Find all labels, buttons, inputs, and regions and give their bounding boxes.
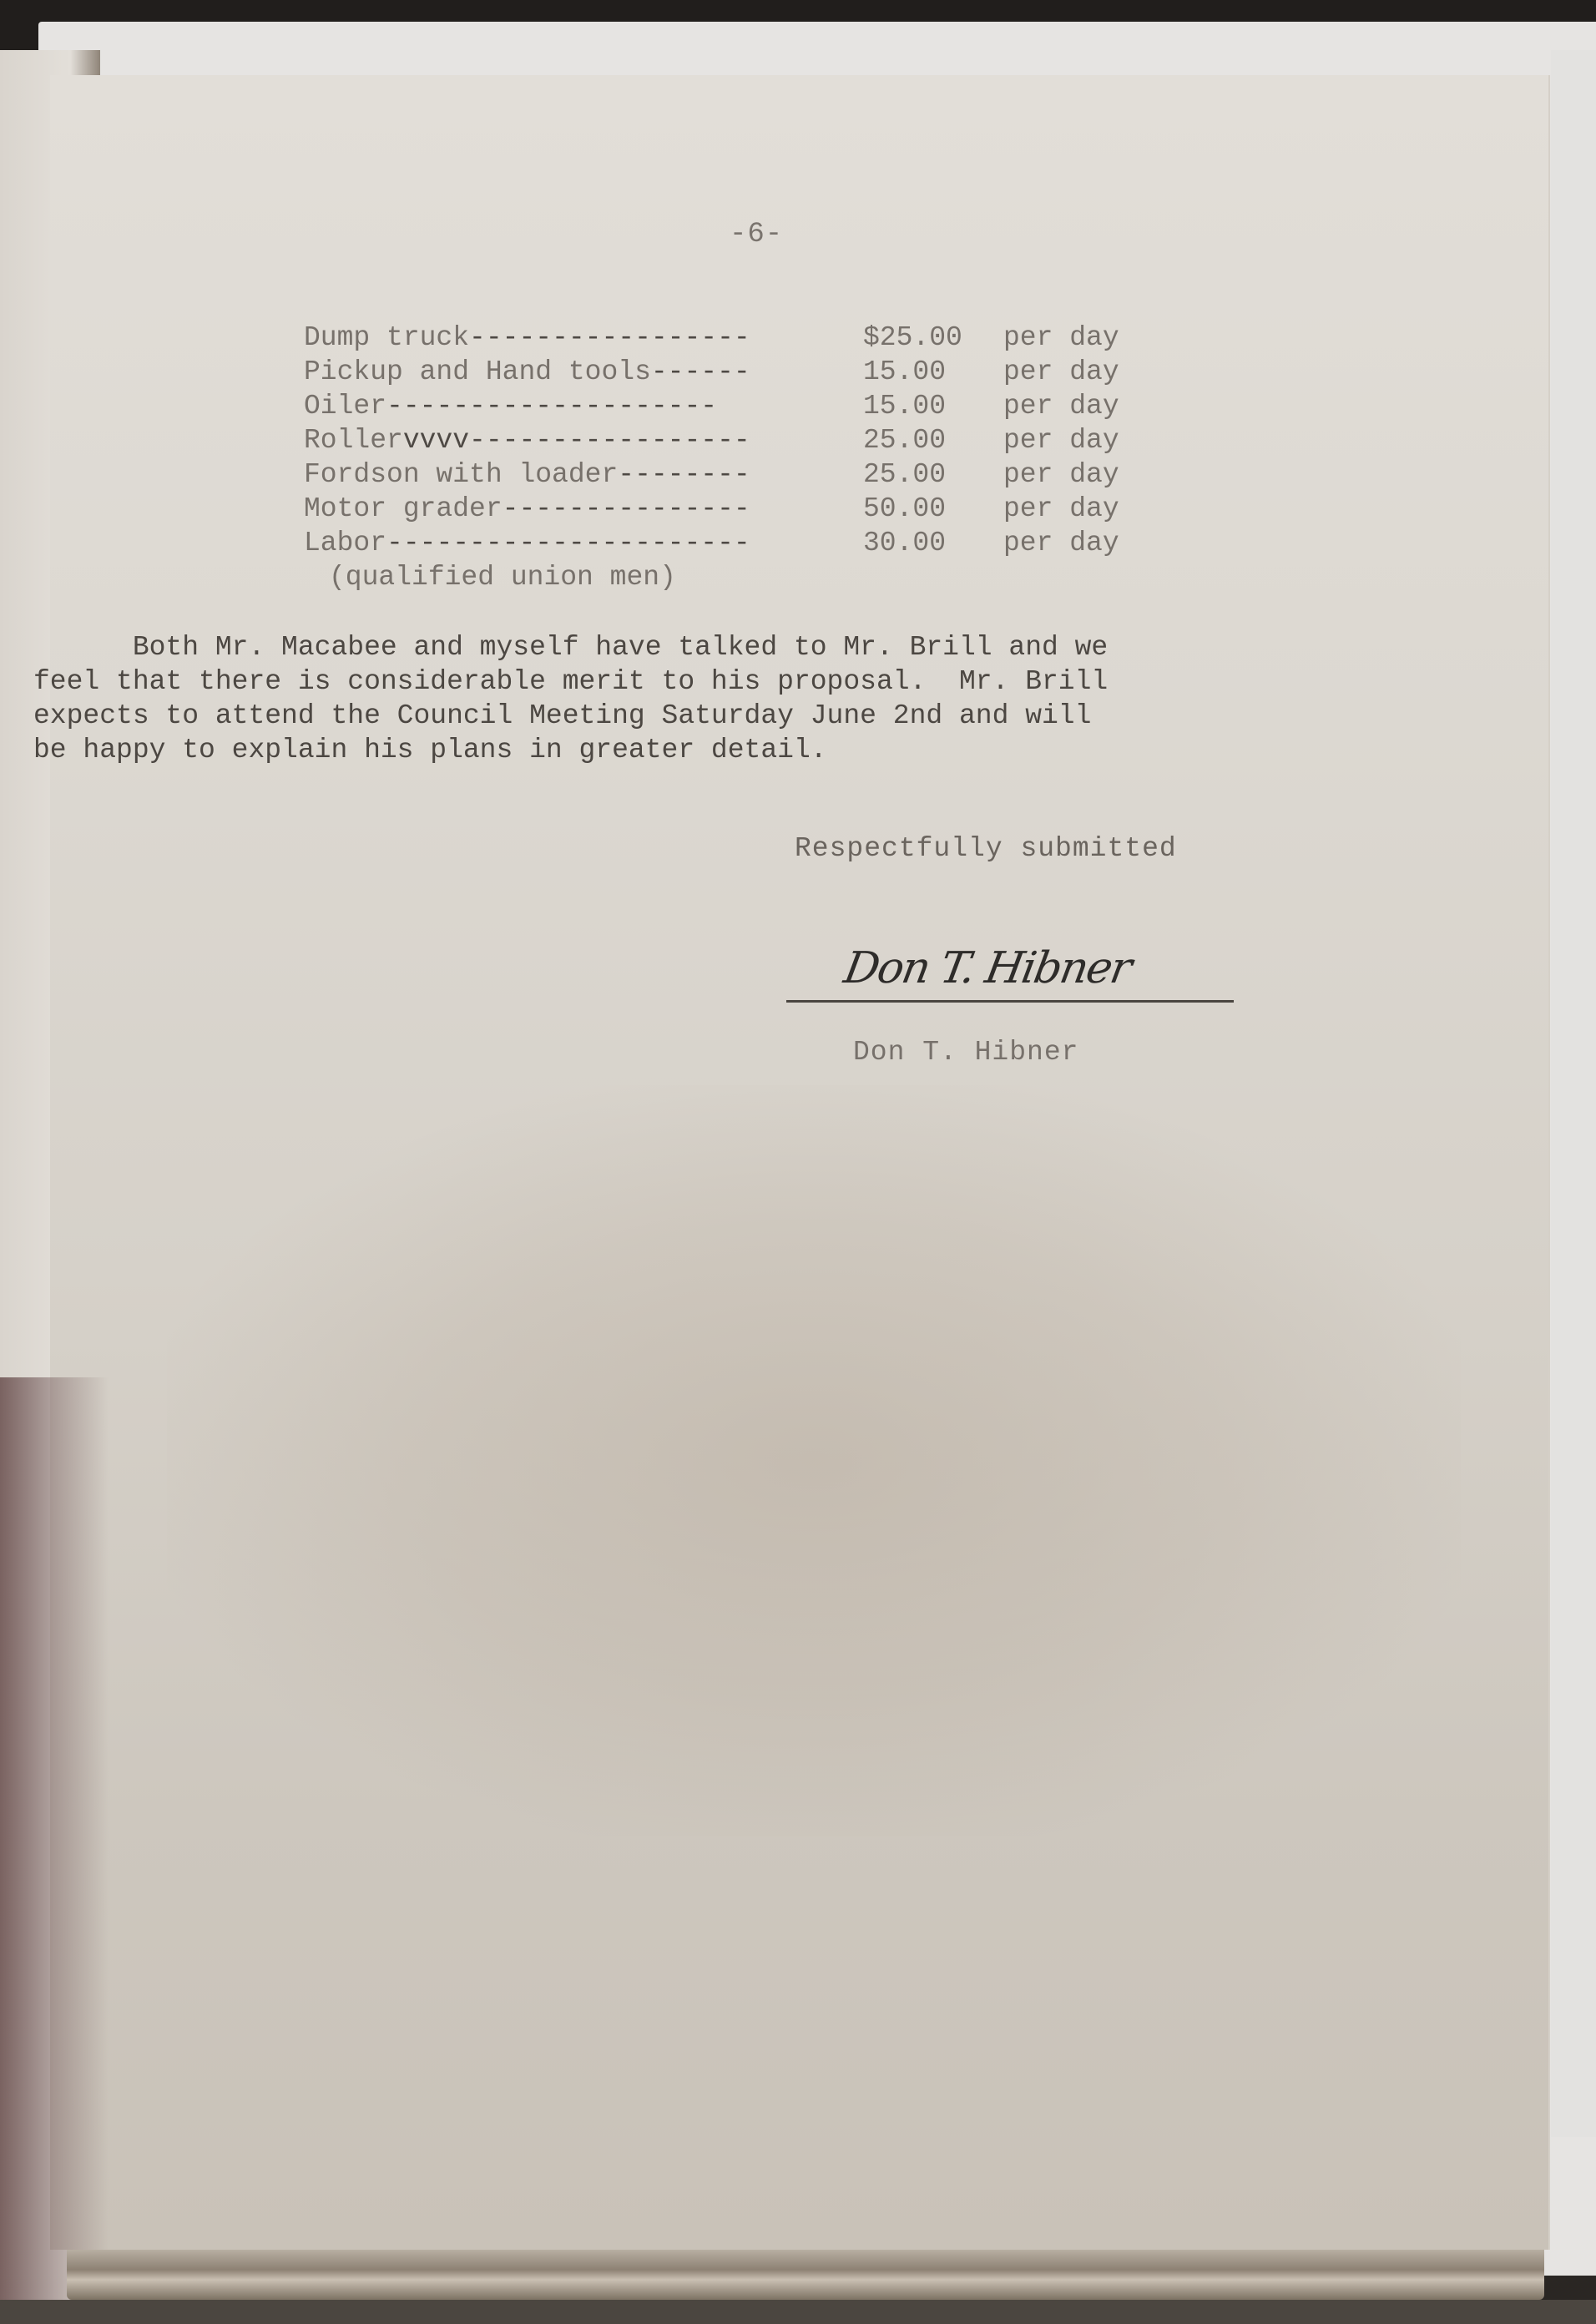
rate-item: Motor grader — [304, 493, 503, 524]
rate-amount: 25.00 — [863, 425, 988, 456]
rate-item: Fordson with loader — [304, 459, 618, 490]
rate-row: Rollervvvv----------------- 25.00 per da… — [304, 423, 1119, 457]
right-sheet-edge — [1551, 50, 1596, 2137]
rate-list: Dump truck----------------- $25.00 per d… — [304, 321, 1119, 593]
rate-unit: per day — [1003, 356, 1119, 387]
rate-row: Motor grader--------------- 50.00 per da… — [304, 492, 1119, 526]
rate-item: Labor — [304, 528, 386, 558]
rate-amount: 25.00 — [863, 459, 988, 490]
leader-dashes: -------------------- — [386, 391, 717, 422]
leader-dashes: vvvv----------------- — [403, 425, 750, 456]
rate-amount: 30.00 — [863, 528, 988, 558]
paragraph-line: Both Mr. Macabee and myself have talked … — [33, 630, 1352, 664]
paragraph-line: be happy to explain his plans in greater… — [33, 733, 1352, 767]
page-number: -6- — [730, 219, 783, 250]
leader-dashes: ------ — [651, 356, 750, 387]
leader-dashes: --------------- — [503, 493, 750, 524]
rate-row: Dump truck----------------- $25.00 per d… — [304, 321, 1119, 355]
closing-line: Respectfully submitted — [795, 833, 1177, 864]
rate-amount: 50.00 — [863, 493, 988, 524]
rate-note: (qualified union men) — [329, 562, 1119, 593]
page-bottom-edges — [67, 2250, 1544, 2300]
body-paragraph: Both Mr. Macabee and myself have talked … — [33, 630, 1352, 767]
leader-dashes: ---------------------- — [386, 528, 750, 558]
handwritten-signature: Don T. Hibner — [841, 943, 1134, 993]
signer-name: Don T. Hibner — [853, 1037, 1078, 1068]
thumb-shadow — [0, 1377, 109, 2324]
rate-amount: $25.00 — [863, 322, 988, 353]
leader-dashes: -------- — [618, 459, 750, 490]
rate-item: Dump truck — [304, 322, 469, 353]
rate-unit: per day — [1003, 493, 1119, 524]
rate-row: Oiler-------------------- 15.00 per day — [304, 389, 1119, 423]
signature-block: Don T. Hibner — [786, 943, 1237, 1010]
rate-item: Oiler — [304, 391, 386, 422]
rate-amount: 15.00 — [863, 356, 988, 387]
rate-unit: per day — [1003, 391, 1119, 422]
leader-dashes: ----------------- — [469, 322, 750, 353]
paragraph-line: expects to attend the Council Meeting Sa… — [33, 699, 1352, 733]
rate-unit: per day — [1003, 322, 1119, 353]
rate-item: Pickup and Hand tools — [304, 356, 651, 387]
rate-unit: per day — [1003, 528, 1119, 558]
rate-unit: per day — [1003, 459, 1119, 490]
rate-unit: per day — [1003, 425, 1119, 456]
rate-row: Fordson with loader-------- 25.00 per da… — [304, 457, 1119, 492]
rate-amount: 15.00 — [863, 391, 988, 422]
rate-row: Pickup and Hand tools------ 15.00 per da… — [304, 355, 1119, 389]
signature-line — [786, 1000, 1234, 1003]
table-surface — [0, 2300, 1596, 2324]
rate-item: Roller — [304, 425, 403, 456]
paragraph-line: feel that there is considerable merit to… — [33, 664, 1352, 699]
rate-row: Labor---------------------- 30.00 per da… — [304, 526, 1119, 560]
